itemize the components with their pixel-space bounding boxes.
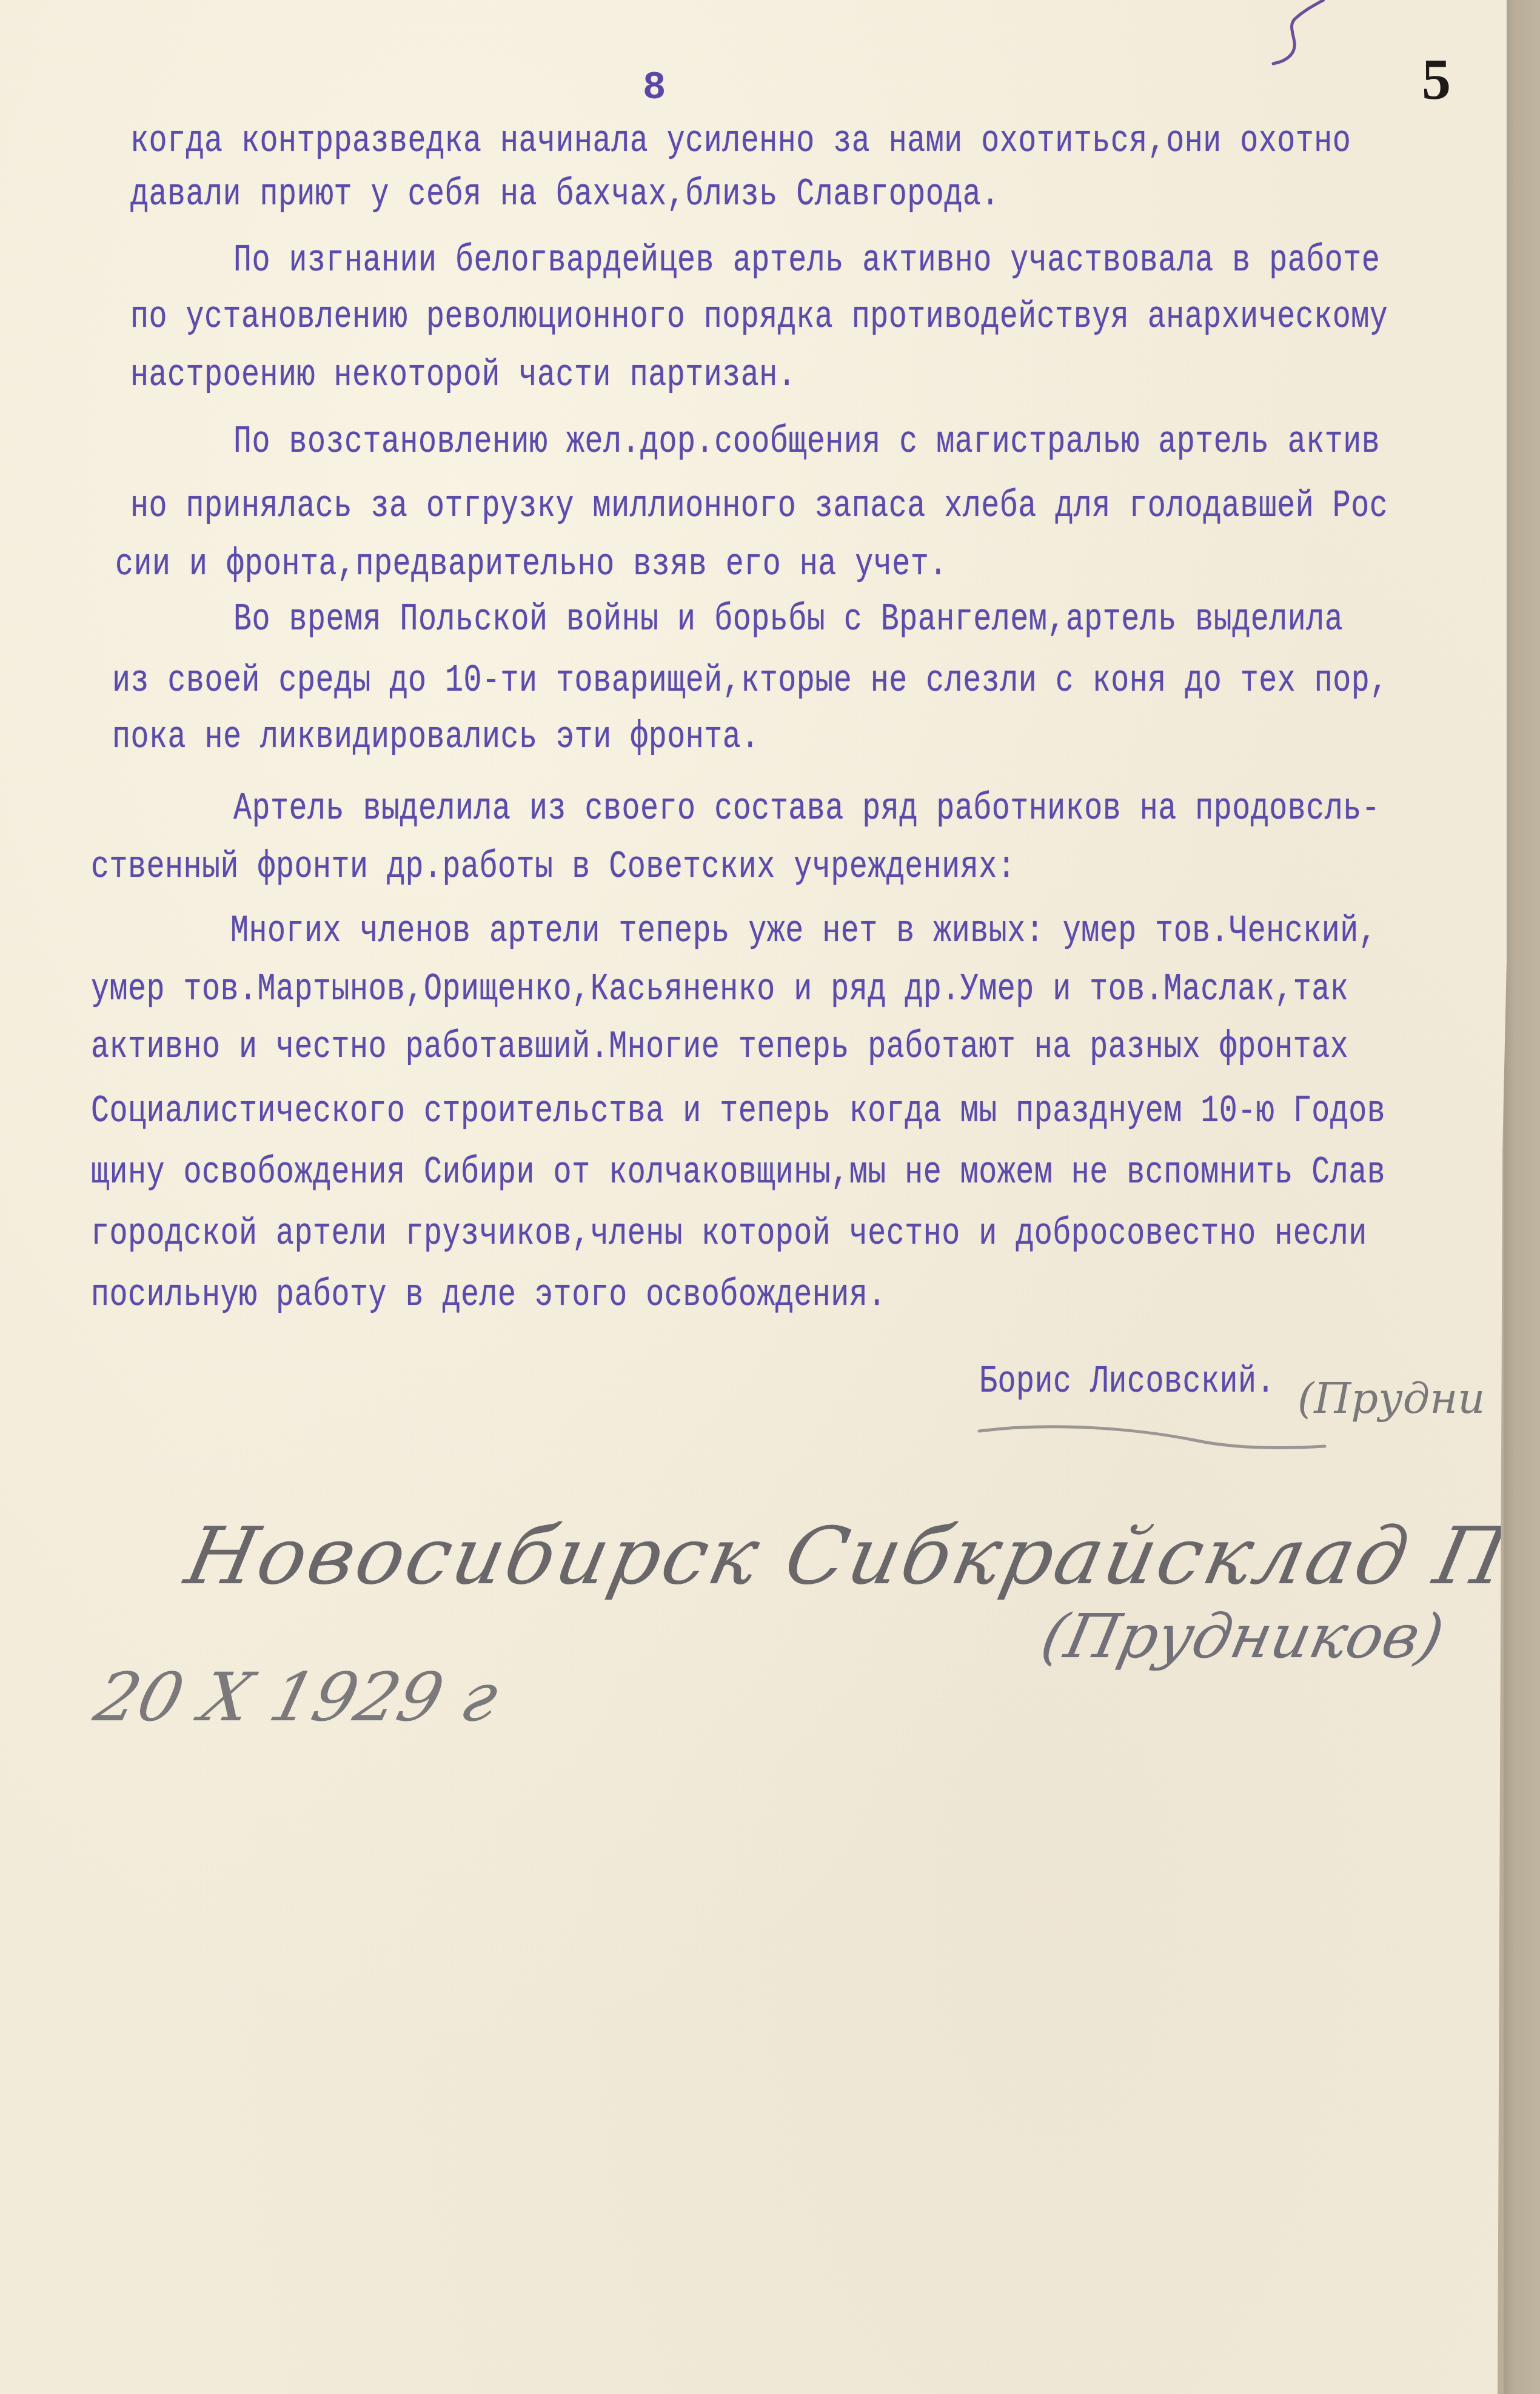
document-page: 8 5 когда контрразведка начинала усиленн…: [0, 0, 1507, 2394]
typed-page-number: 8: [643, 67, 666, 110]
text-line: ственный фронти др.работы в Советских уч…: [91, 846, 1016, 889]
handwritten-signature: (Прудни: [1297, 1373, 1485, 1423]
text-line: из своей среды до 10-ти товарищей,кторые…: [112, 660, 1388, 703]
text-line: щину освобождения Сибири от колчаковщины…: [91, 1152, 1385, 1195]
text-line: По изгнании белогвардейцев артель активн…: [233, 240, 1380, 283]
handwritten-name: (Прудников): [1036, 1601, 1450, 1672]
text-line: сии и фронта,предварительно взяв его на …: [115, 543, 948, 586]
typed-signature: Борис Лисовский.: [979, 1361, 1275, 1404]
text-line: посильную работу в деле этого освобожден…: [91, 1274, 886, 1317]
stamped-page-number: 5: [1422, 45, 1451, 113]
text-line: городской артели грузчиков,члены которой…: [91, 1213, 1367, 1256]
text-line: но принялась за отгрузку миллионного зап…: [130, 485, 1388, 528]
text-line: пока не ликвидировались эти фронта.: [112, 716, 760, 759]
handwritten-city-line: Новосибирск Сибкрайсклад Прудников: [178, 1510, 1507, 1602]
text-line: Артель выделила из своего состава ряд ра…: [233, 788, 1380, 831]
text-line: настроению некоторой части партизан.: [130, 354, 796, 397]
text-line: давали приют у себя на бахчах,близь Слав…: [130, 173, 1000, 216]
text-line: Во время Польской войны и борьбы с Вранг…: [233, 598, 1343, 642]
text-line: умер тов.Мартынов,Орищенко,Касьяненко и …: [91, 968, 1348, 1011]
text-line: по установлению революционного порядка п…: [130, 296, 1388, 339]
text-line: По возстановлению жел.дор.сообщения с ма…: [233, 421, 1380, 464]
text-line: Многих членов артели теперь уже нет в жи…: [230, 910, 1377, 953]
backing-board-edge: [1504, 0, 1540, 2394]
text-line: Социалистического строительства и теперь…: [91, 1090, 1385, 1133]
text-line: активно и честно работавший.Многие тепер…: [91, 1026, 1348, 1069]
handwritten-folio-mark: [1270, 0, 1325, 67]
text-line: когда контрразведка начинала усиленно за…: [130, 120, 1351, 163]
handwritten-date: 20 X 1929 г: [87, 1658, 506, 1736]
signature-underline-stroke: [976, 1419, 1328, 1455]
